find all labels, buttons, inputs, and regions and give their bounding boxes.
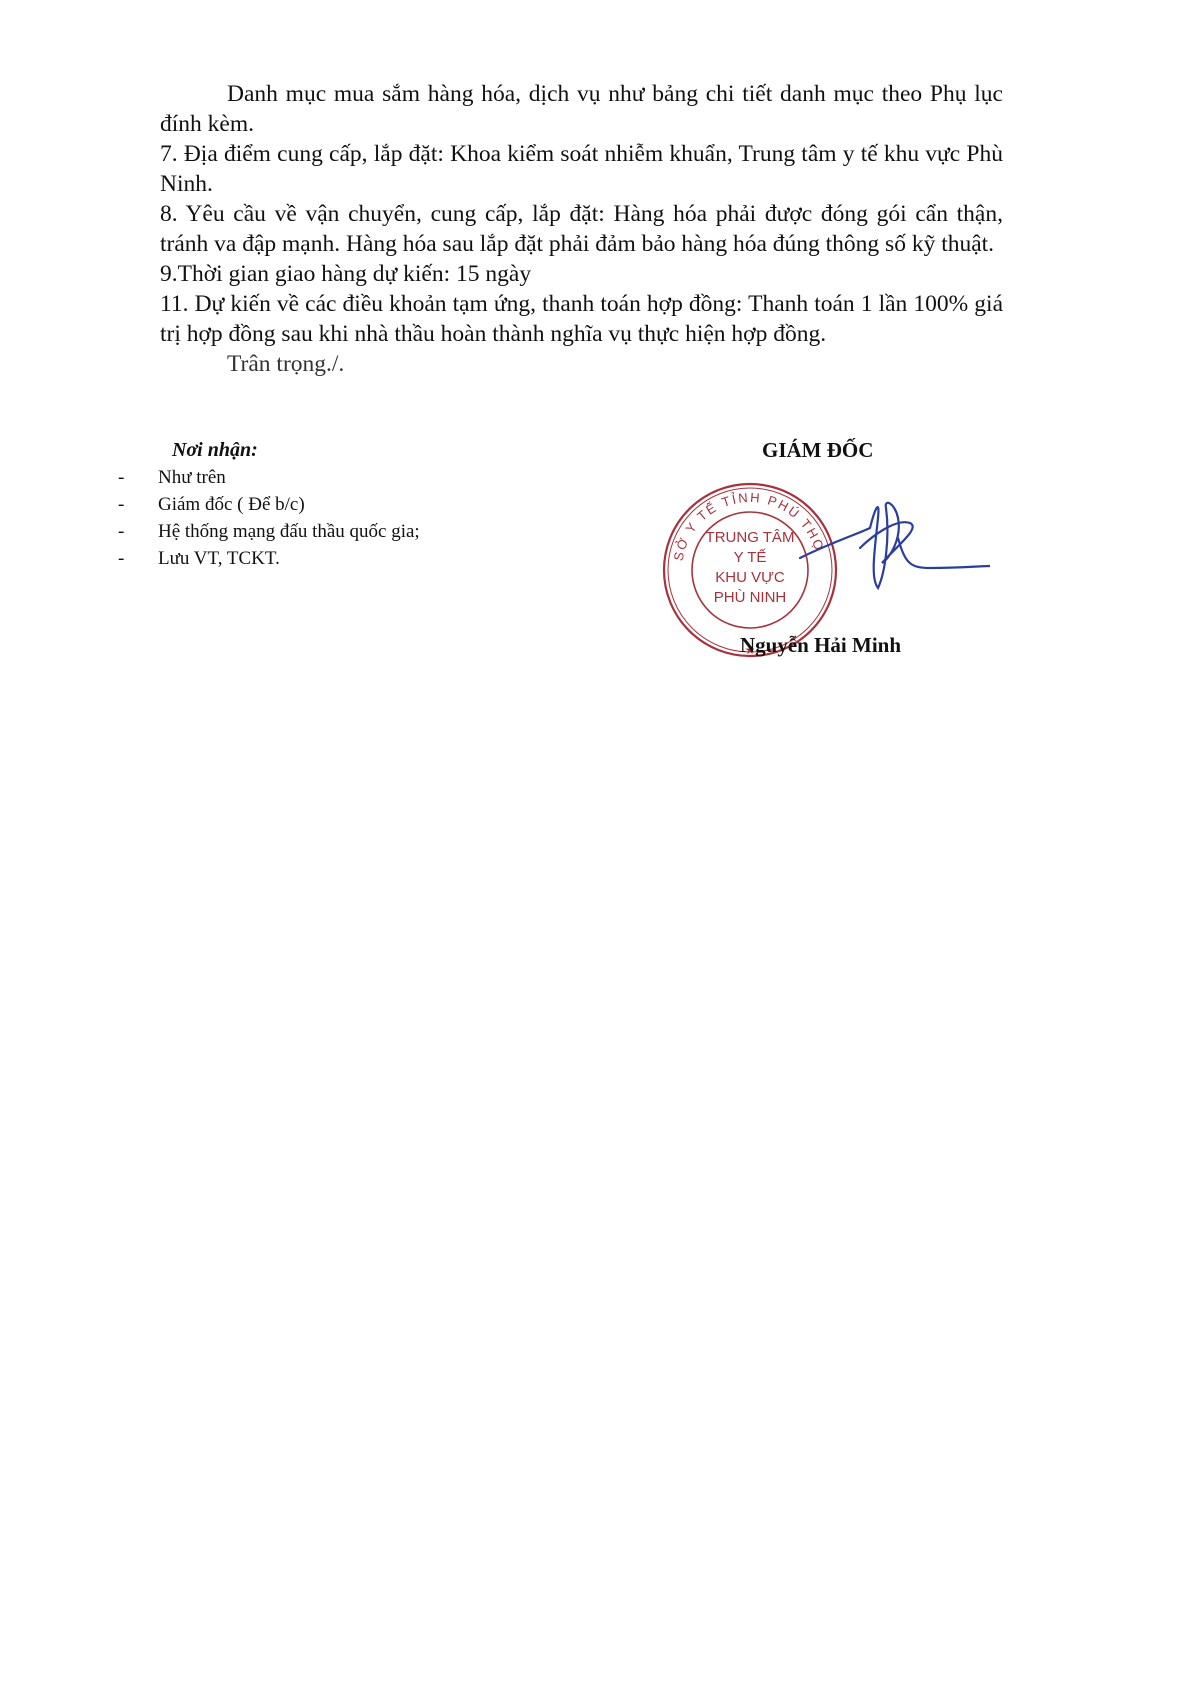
dash-bullet: - xyxy=(118,545,158,572)
svg-text:Y TẾ: Y TẾ xyxy=(734,549,767,566)
svg-text:PHÙ NINH: PHÙ NINH xyxy=(714,589,787,606)
signer-name: Nguyễn Hải Minh xyxy=(740,633,901,658)
dash-bullet: - xyxy=(118,491,158,518)
recipient-item: -Như trên xyxy=(118,464,538,491)
dash-bullet: - xyxy=(118,518,158,545)
recipients-title: Nơi nhận: xyxy=(172,437,538,464)
handwritten-signature-icon xyxy=(790,488,990,608)
recipient-item: -Hệ thống mạng đấu thầu quốc gia; xyxy=(118,518,538,545)
document-page: Danh mục mua sắm hàng hóa, dịch vụ như b… xyxy=(0,0,1189,1681)
closing-text: Trân trọng./. xyxy=(160,349,1003,379)
paragraph-item-9: 9.Thời gian giao hàng dự kiến: 15 ngày xyxy=(160,259,1003,289)
paragraph-item-7: 7. Địa điểm cung cấp, lắp đặt: Khoa kiểm… xyxy=(160,139,1003,199)
paragraph-item-8: 8. Yêu cầu về vận chuyển, cung cấp, lắp … xyxy=(160,199,1003,259)
signature-block: GIÁM ĐỐC SỞ Y TẾ TỈNH PHÚ THỌ TRUNG TÂMY… xyxy=(640,436,1000,676)
recipient-item: -Lưu VT, TCKT. xyxy=(118,545,538,572)
paragraph-list-intro: Danh mục mua sắm hàng hóa, dịch vụ như b… xyxy=(160,79,1003,139)
dash-bullet: - xyxy=(118,464,158,491)
paragraph-item-11: 11. Dự kiến về các điều khoản tạm ứng, t… xyxy=(160,289,1003,349)
recipients-block: Nơi nhận: -Như trên -Giám đốc ( Để b/c) … xyxy=(118,437,538,572)
svg-text:KHU VỰC: KHU VỰC xyxy=(715,569,785,586)
recipients-list: -Như trên -Giám đốc ( Để b/c) -Hệ thống … xyxy=(118,464,538,572)
signer-title: GIÁM ĐỐC xyxy=(762,438,873,463)
recipient-item: -Giám đốc ( Để b/c) xyxy=(118,491,538,518)
svg-text:TRUNG TÂM: TRUNG TÂM xyxy=(706,529,795,546)
document-body: Danh mục mua sắm hàng hóa, dịch vụ như b… xyxy=(160,79,1003,379)
